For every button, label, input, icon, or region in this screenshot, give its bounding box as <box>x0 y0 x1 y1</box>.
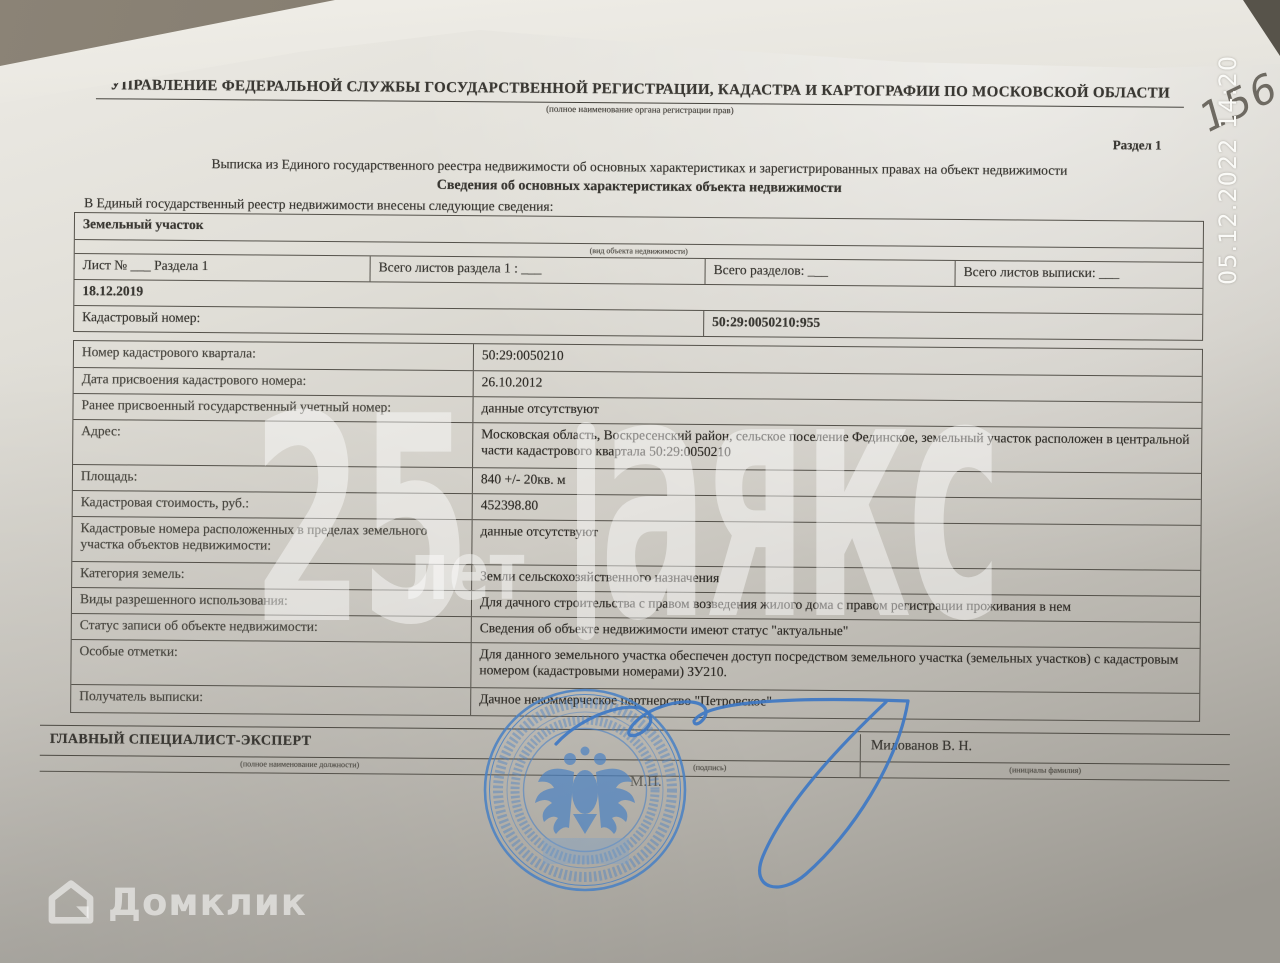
sheet-cell: Всего листов раздела 1 : ___ <box>370 256 705 284</box>
position-title: ГЛАВНЫЙ СПЕЦИАЛИСТ-ЭКСПЕРТ <box>40 727 560 759</box>
table-row: Адрес: Московская область, Воскресенский… <box>73 419 1201 473</box>
row-label: Кадастровая стоимость, руб.: <box>73 491 473 519</box>
position-cell: ГЛАВНЫЙ СПЕЦИАЛИСТ-ЭКСПЕРТ (полное наиме… <box>40 727 560 774</box>
signature-space <box>560 731 860 761</box>
section-label: Раздел 1 <box>0 128 1162 153</box>
photo-timestamp: 05.12.2022 14:20 <box>1214 40 1242 285</box>
cadastral-number-label: Кадастровый номер: <box>74 306 704 336</box>
row-value: Московская область, Воскресенский район,… <box>473 423 1201 473</box>
row-label: Номер кадастрового квартала: <box>74 341 474 370</box>
name-caption: (инициалы фамилия) <box>861 762 1230 780</box>
table-row: Особые отметки: Для данного земельного у… <box>71 639 1199 693</box>
row-label: Ранее присвоенный государственный учетны… <box>73 394 473 422</box>
row-label: Виды разрешенного использования: <box>72 588 472 616</box>
photo-scene: УПРАВЛЕНИЕ ФЕДЕРАЛЬНОЙ СЛУЖБЫ ГОСУДАРСТВ… <box>0 0 1280 963</box>
sheet-cell: Всего листов выписки: ___ <box>954 260 1202 287</box>
signature-caption: (подпись) <box>560 759 860 776</box>
name-cell: Милованов В. Н. (инициалы фамилия) <box>860 734 1230 780</box>
sheet-cell: Всего разделов: ___ <box>704 258 954 285</box>
object-table: Земельный участок (вид объекта недвижимо… <box>73 212 1204 341</box>
sheet-cell: Лист № ___ Раздела 1 <box>75 254 370 281</box>
row-label: Получатель выписки: <box>71 685 471 715</box>
row-label: Дата присвоения кадастрового номера: <box>74 368 474 396</box>
signature-cell: (подпись) <box>560 731 860 776</box>
brand-name: Домклик <box>108 881 307 924</box>
details-table: Номер кадастрового квартала: 50:29:00502… <box>70 340 1203 722</box>
stamp-mp-label: М.П. <box>630 774 662 790</box>
document-paper: УПРАВЛЕНИЕ ФЕДЕРАЛЬНОЙ СЛУЖБЫ ГОСУДАРСТВ… <box>0 0 1280 963</box>
row-value: Дачное некоммерческое партнерство "Петро… <box>471 688 1199 721</box>
row-label: Кадастровые номера расположенных в преде… <box>72 517 472 564</box>
table-row: Кадастровые номера расположенных в преде… <box>72 516 1200 570</box>
row-value: данные отсутствуют <box>472 520 1200 570</box>
row-label: Адрес: <box>73 420 473 467</box>
document-content: УПРАВЛЕНИЕ ФЕДЕРАЛЬНОЙ СЛУЖБЫ ГОСУДАРСТВ… <box>0 0 1280 781</box>
stamp-number-box <box>543 838 629 864</box>
row-label: Статус записи об объекте недвижимости: <box>72 614 472 642</box>
house-icon <box>48 880 94 924</box>
signer-name: Милованов В. Н. <box>861 734 1230 765</box>
row-value: Для данного земельного участка обеспечен… <box>471 643 1199 693</box>
domclick-brand: Домклик <box>48 880 307 924</box>
row-label: Категория земель: <box>72 562 472 590</box>
row-label: Особые отметки: <box>71 640 471 687</box>
cadastral-number-value: 50:29:0050210:955 <box>704 310 1202 339</box>
signature-block: ГЛАВНЫЙ СПЕЦИАЛИСТ-ЭКСПЕРТ (полное наиме… <box>40 724 1230 780</box>
position-caption: (полное наименование должности) <box>40 755 560 774</box>
row-label: Площадь: <box>73 465 473 493</box>
